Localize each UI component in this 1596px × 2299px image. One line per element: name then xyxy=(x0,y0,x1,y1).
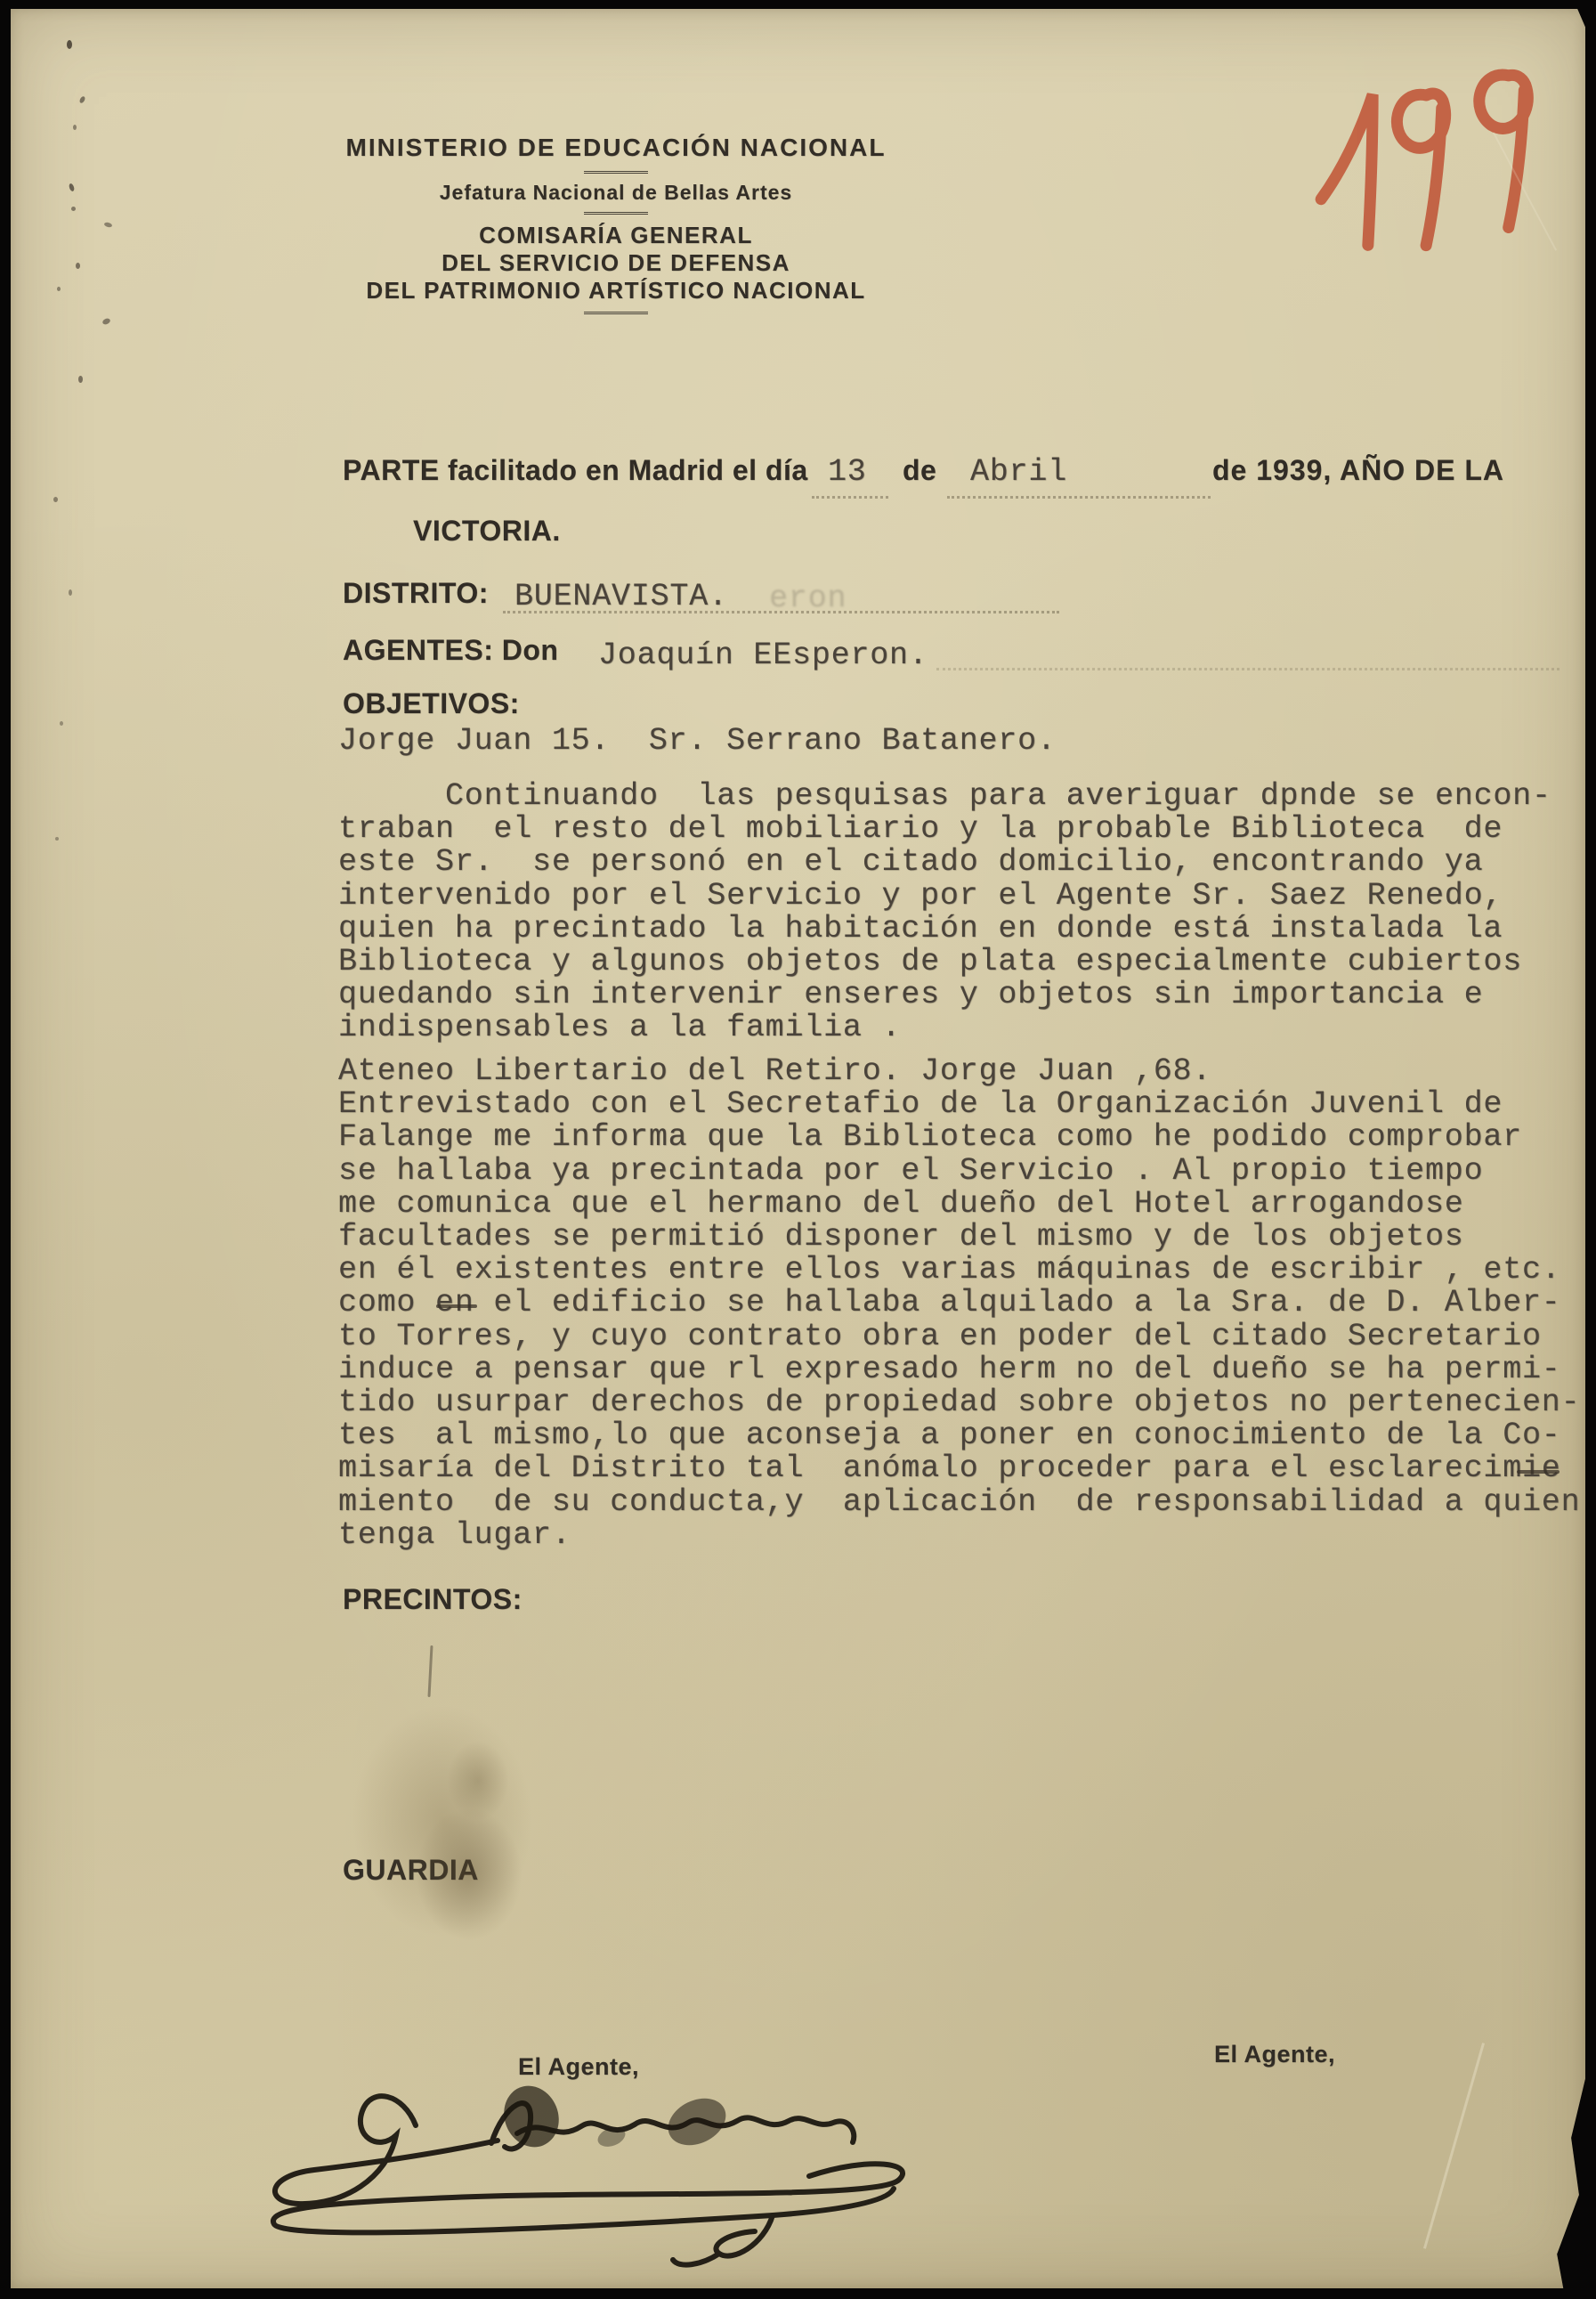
body-line: se hallaba ya precintada por el Servicio… xyxy=(338,1155,1571,1188)
divider xyxy=(584,212,648,215)
comisaria-line-3: DEL PATRIMONIO ARTÍSTICO NACIONAL xyxy=(296,277,936,305)
comisaria-line-2: DEL SERVICIO DE DEFENSA xyxy=(296,249,936,277)
precintos-label: PRECINTOS: xyxy=(343,1583,523,1616)
body-line: quien ha precintado la habitación en don… xyxy=(338,913,1571,946)
month-value: Abril xyxy=(970,454,1067,490)
paper-speck xyxy=(101,317,111,325)
objetivos-label: OBJETIVOS: xyxy=(343,687,520,720)
body-line: miento de su conducta,y aplicación de re… xyxy=(338,1486,1571,1519)
scan-background: MINISTERIO DE EDUCACIÓN NACIONAL Jefatur… xyxy=(0,0,1596,2299)
divider xyxy=(584,312,648,314)
month-dotted-line xyxy=(947,494,1211,499)
paper-speck xyxy=(71,207,76,211)
paper-speck xyxy=(60,721,63,726)
paper-speck xyxy=(73,125,77,130)
jefatura-subtitle: Jefatura Nacional de Bellas Artes xyxy=(296,181,936,205)
body-line: induce a pensar que rl expresado herm no… xyxy=(338,1353,1571,1386)
day-dotted-line xyxy=(812,494,888,499)
body-line: Biblioteca y algunos objetos de plata es… xyxy=(338,946,1571,979)
body-line: tenga lugar. xyxy=(338,1519,1571,1552)
body-line: tido usurpar derechos de propiedad sobre… xyxy=(338,1386,1571,1419)
strikeout-mark xyxy=(1517,1470,1560,1474)
body-line: Falange me informa que la Biblioteca com… xyxy=(338,1121,1571,1154)
distrito-ghost-text: eron xyxy=(769,581,847,616)
paper-speck xyxy=(78,95,85,103)
parte-line-suffix: de 1939, AÑO DE LA xyxy=(1212,454,1504,487)
document-page: MINISTERIO DE EDUCACIÓN NACIONAL Jefatur… xyxy=(11,9,1585,2288)
body-paragraph-1: Continuando las pesquisas para averiguar… xyxy=(338,780,1571,1045)
body-paragraph-2: Ateneo Libertario del Retiro. Jorge Juan… xyxy=(338,1055,1571,1552)
parte-line-de: de xyxy=(903,454,936,487)
paper-speck xyxy=(55,837,59,841)
paper-stain xyxy=(447,1741,509,1821)
body-line: este Sr. se personó en el citado domicil… xyxy=(338,846,1571,879)
body-line: facultades se permitió disponer del mism… xyxy=(338,1221,1571,1254)
paper-speck xyxy=(104,222,113,228)
ministry-title: MINISTERIO DE EDUCACIÓN NACIONAL xyxy=(296,134,936,162)
body-line: quedando sin intervenir enseres y objeto… xyxy=(338,979,1571,1011)
parte-line-prefix: PARTE facilitado en Madrid el día xyxy=(343,454,808,487)
body-line: indispensables a la familia . xyxy=(338,1011,1571,1044)
strikeout-mark xyxy=(436,1304,477,1308)
distrito-label: DISTRITO: xyxy=(343,577,489,610)
body-line: traban el resto del mobiliario y la prob… xyxy=(338,813,1571,846)
paper-speck xyxy=(76,263,80,269)
agent-signature-label-right: El Agente, xyxy=(1214,2041,1335,2068)
red-folio-number-199 xyxy=(1288,44,1591,281)
paper-speck xyxy=(53,497,58,502)
body-line: como en el edificio se hallaba alquilado… xyxy=(338,1287,1571,1320)
body-line: me comunica que el hermano del dueño del… xyxy=(338,1188,1571,1221)
victoria-line: VICTORIA. xyxy=(413,515,561,548)
distrito-value: BUENAVISTA. xyxy=(514,579,728,614)
paper-speck xyxy=(67,40,72,49)
body-line: Ateneo Libertario del Retiro. Jorge Juan… xyxy=(338,1055,1571,1088)
day-value: 13 xyxy=(828,454,867,490)
agent-ink-signature xyxy=(238,2070,932,2288)
agentes-label: AGENTES: Don xyxy=(343,634,558,667)
paper-speck xyxy=(78,376,83,383)
paper-crease xyxy=(1423,2043,1485,2249)
body-line: en él existentes entre ellos varias máqu… xyxy=(338,1254,1571,1287)
body-line: to Torres, y cuyo contrato obra en poder… xyxy=(338,1320,1571,1353)
letterhead: MINISTERIO DE EDUCACIÓN NACIONAL Jefatur… xyxy=(296,134,936,321)
comisaria-line-1: COMISARÍA GENERAL xyxy=(296,222,936,249)
paper-speck xyxy=(57,287,61,291)
body-line: tes al mismo,lo que aconseja a poner en … xyxy=(338,1419,1571,1452)
agentes-dotted-line xyxy=(936,666,1560,670)
objetivos-value: Jorge Juan 15. Sr. Serrano Batanero. xyxy=(338,723,1057,759)
divider xyxy=(584,171,648,174)
body-line: Entrevistado con el Secretafio de la Org… xyxy=(338,1088,1571,1121)
paper-speck xyxy=(69,589,72,596)
paper-scratch xyxy=(427,1645,433,1697)
body-line: intervenido por el Servicio y por el Age… xyxy=(338,880,1571,913)
paper-speck xyxy=(69,183,76,191)
body-line: misaría del Distrito tal anómalo procede… xyxy=(338,1452,1571,1485)
body-line: Continuando las pesquisas para averiguar… xyxy=(338,780,1571,813)
agentes-value: Joaquín EEsperon. xyxy=(598,638,928,673)
paper-stain xyxy=(416,1808,523,1941)
